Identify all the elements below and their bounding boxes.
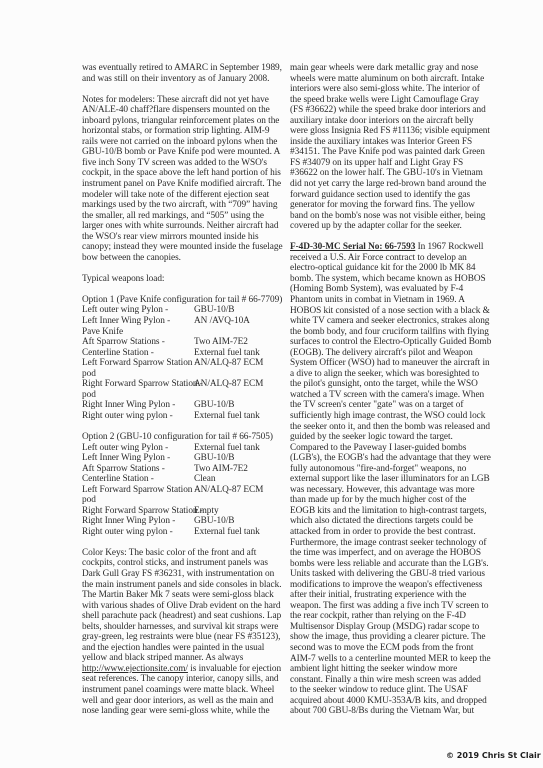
- weapons-load-row: Left Forward Sparrow Station -AN/ALQ-87 …: [82, 358, 266, 369]
- weapons-heading: Typical weapons load:: [82, 274, 266, 285]
- station-label: Left Inner Wing Pylon -: [82, 316, 194, 327]
- text-line: forward guidance section used to identif…: [290, 190, 472, 201]
- text-line: received a U.S. Air Force contract to de…: [290, 253, 472, 264]
- copyright-watermark: © 2019 Chris St Clair: [446, 751, 541, 760]
- right-column: main gear wheels were dark metallic gray…: [290, 63, 472, 717]
- text-line: bow between the canopies.: [82, 253, 266, 264]
- load-value: GBU-10/B: [194, 400, 234, 411]
- text-line: constant. Finally a thin wire mesh scree…: [290, 675, 472, 686]
- text-line: inboard pylons, triangular reinforcement…: [82, 116, 266, 127]
- text-line: AIM-7 wells to a centerline mounted MER …: [290, 654, 472, 665]
- text-line: second was to move the ECM pods from the…: [290, 643, 472, 654]
- serial-heading-trailing-text: In 1967 Rockwell: [415, 242, 483, 252]
- text-line: horizontal stabs, or formation strip lig…: [82, 126, 266, 137]
- serial-heading: F-4D-30-MC Serial No: 66-7593: [290, 242, 415, 252]
- text-line: to the seeker window to reduce glint. Th…: [290, 685, 472, 696]
- weapons-load-row: Left Forward Sparrow Station -AN/ALQ-87 …: [82, 485, 266, 496]
- text-line: which also dictated the directions targe…: [290, 516, 472, 527]
- load-value: Empty: [194, 506, 219, 517]
- text-line: GBU-10/B bomb or Pave Knife pod were mou…: [82, 147, 266, 158]
- station-label: Aft Sparrow Stations -: [82, 464, 194, 475]
- text-line: instrument panel on Pave Knife modified …: [82, 179, 266, 190]
- weapons-load-row: Right outer wing pylon -External fuel ta…: [82, 527, 266, 538]
- text-line: and was still on their inventory as of J…: [82, 74, 266, 85]
- text-line: Units tasked with delivering the GBU-8 t…: [290, 569, 472, 580]
- text-line: auxiliary intake door interiors on the a…: [290, 116, 472, 127]
- text-line: the bomb body, and four cruciform tailfi…: [290, 327, 472, 338]
- text-line: the TV screen's center "gate" was on a t…: [290, 400, 472, 411]
- text-line: well and gear door interiors, as well as…: [82, 696, 266, 707]
- text-line: the smaller, all red markings, and “505”…: [82, 211, 266, 222]
- modeler-notes-paragraph: Notes for modelers: These aircraft did n…: [82, 95, 266, 264]
- station-label: Centerline Station -: [82, 348, 194, 359]
- weapons-load-row: Right Forward Sparrow Station -AN/ALQ-87…: [82, 379, 266, 390]
- text-line: modifications to improve the weapon's ef…: [290, 580, 472, 591]
- text-line: markings used by the two aircraft, with …: [82, 200, 266, 211]
- load-value: External fuel tank: [194, 411, 260, 422]
- station-label: Right outer wing pylon -: [82, 411, 194, 422]
- weapons-load-row: Right outer wing pylon -External fuel ta…: [82, 411, 266, 422]
- link-trailing-text: is invaluable for ejection: [188, 664, 281, 674]
- load-value: AN/ALQ-87 ECM: [194, 485, 263, 496]
- text-line: Color Keys: The basic color of the front…: [82, 548, 266, 559]
- weapons-load-row: Right Inner Wing Pylon -GBU-10/B: [82, 516, 266, 527]
- text-line: watched a TV screen with the camera's im…: [290, 390, 472, 401]
- hobos-section: F-4D-30-MC Serial No: 66-7593 In 1967 Ro…: [290, 242, 472, 717]
- text-line: bomb. The system, which became known as …: [290, 274, 472, 285]
- text-line: were gloss Insignia Red FS #11136; visib…: [290, 126, 472, 137]
- load-value: GBU-10/B: [194, 453, 234, 464]
- text-line: acquired about 4000 KMU-353A/B kits, and…: [290, 696, 472, 707]
- text-line: bombs were less reliable and accurate th…: [290, 559, 472, 570]
- text-line: Furthermore, the image contrast seeker t…: [290, 538, 472, 549]
- text-line: Multisensor Display Group (MSDG) radar s…: [290, 622, 472, 633]
- text-line: the time was imperfect, and on average t…: [290, 548, 472, 559]
- text-line: seat references. The canopy interior, ca…: [82, 674, 266, 685]
- load-value: AN /AVQ-10A: [194, 316, 250, 327]
- station-label: pod: [82, 369, 194, 380]
- load-value: Clean: [194, 474, 215, 485]
- text-line: cockpits, control sticks, and instrument…: [82, 558, 266, 569]
- text-line: belts, shoulder harnesses, and survival …: [82, 622, 266, 633]
- station-label: Left outer wing Pylon -: [82, 305, 194, 316]
- text-line: wheels were matte aluminum on both aircr…: [290, 74, 472, 85]
- load-value: External fuel tank: [194, 348, 260, 359]
- text-line: about 700 GBU-8/Bs during the Vietnam Wa…: [290, 706, 472, 717]
- scanned-document-page: was eventually retired to AMARC in Septe…: [0, 0, 543, 768]
- intro-paragraph: was eventually retired to AMARC in Septe…: [82, 63, 266, 84]
- text-line: ambient light hitting the seeker window …: [290, 664, 472, 675]
- text-line: Notes for modelers: These aircraft did n…: [82, 95, 266, 106]
- color-keys-continued-paragraph: main gear wheels were dark metallic gray…: [290, 63, 472, 232]
- text-line: shell parachute pack (headrest) and seat…: [82, 611, 266, 622]
- text-line: nose landing gear were semi-gloss white,…: [82, 706, 266, 717]
- station-label: Right Inner Wing Pylon -: [82, 516, 194, 527]
- text-line: guided by the seeker logic toward the ta…: [290, 432, 472, 443]
- text-line: #36622 on the lower half. The GBU-10's i…: [290, 168, 472, 179]
- text-line: generator for moving the forward fins. T…: [290, 200, 472, 211]
- text-line: covered up by the adapter collar for the…: [290, 221, 472, 232]
- load-value: AN/ALQ-87 ECM: [194, 379, 263, 390]
- station-label: Left Forward Sparrow Station -: [82, 358, 194, 369]
- text-line: than made up for by the much higher cost…: [290, 495, 472, 506]
- text-line: was eventually retired to AMARC in Septe…: [82, 63, 266, 74]
- station-label: Right Forward Sparrow Station -: [82, 379, 194, 390]
- text-line: (EOGB). The delivery aircraft's pilot an…: [290, 348, 472, 359]
- station-label: Aft Sparrow Stations -: [82, 337, 194, 348]
- text-line: System Officer (WSO) had to maneuver the…: [290, 358, 472, 369]
- text-line: after their initial, frustrating experie…: [290, 590, 472, 601]
- text-line: the WSO's rear view mirrors mounted insi…: [82, 232, 266, 243]
- weapons-load-row: pod: [82, 390, 266, 401]
- load-value: External fuel tank: [194, 527, 260, 538]
- load-value: External fuel tank: [194, 443, 260, 454]
- text-line: FS #34079 on its upper half and Light Gr…: [290, 158, 472, 169]
- weapons-load-row: Aft Sparrow Stations -Two AIM-7E2: [82, 464, 266, 475]
- text-line: inside the auxiliary intakes was Interio…: [290, 137, 472, 148]
- station-label: Centerline Station -: [82, 474, 194, 485]
- option2-title: Option 2 (GBU-10 configuration for tail …: [82, 432, 266, 443]
- text-line: #34151. The Pave Knife pod was painted d…: [290, 147, 472, 158]
- station-label: Left Inner Wing Pylon -: [82, 453, 194, 464]
- text-line: (FS #36622) while the speed brake door i…: [290, 105, 472, 116]
- weapons-load-row: Aft Sparrow Stations -Two AIM-7E2: [82, 337, 266, 348]
- text-line: The Martin Baker Mk 7 seats were semi-gl…: [82, 590, 266, 601]
- text-line: with various shades of Olive Drab eviden…: [82, 601, 266, 612]
- weapons-load-row: Pave Knife: [82, 327, 266, 338]
- option2-table: Left outer wing Pylon -External fuel tan…: [82, 443, 266, 538]
- station-label: Left Forward Sparrow Station -: [82, 485, 194, 496]
- station-label: pod: [82, 390, 194, 401]
- text-line: the main instrument panels and side cons…: [82, 580, 266, 591]
- station-label: Right outer wing pylon -: [82, 527, 194, 538]
- station-label: Right Inner Wing Pylon -: [82, 400, 194, 411]
- text-line: the seeker onto it, and then the bomb wa…: [290, 422, 472, 433]
- text-line: electro-optical guidance kit for the 200…: [290, 263, 472, 274]
- text-line: (Homing Bomb System), was evaluated by F…: [290, 284, 472, 295]
- station-label: Pave Knife: [82, 327, 194, 338]
- text-line: did not yet carry the large red-brown ba…: [290, 179, 472, 190]
- text-line: weapon. The first was adding a five inch…: [290, 601, 472, 612]
- text-line: the rear cockpit, rather than relying on…: [290, 611, 472, 622]
- text-line: sufficiently high image contrast, the WS…: [290, 411, 472, 422]
- weapons-load-row: pod: [82, 369, 266, 380]
- weapons-load-row: Centerline Station -External fuel tank: [82, 348, 266, 359]
- text-line: gray-green, leg restraints were blue (ne…: [82, 632, 266, 643]
- left-column: was eventually retired to AMARC in Septe…: [82, 63, 266, 717]
- load-value: GBU-10/B: [194, 516, 234, 527]
- text-line: was necessary. However, this advantage w…: [290, 485, 472, 496]
- text-line: rails were not carried on the inboard py…: [82, 137, 266, 148]
- weapons-load-row: Centerline Station -Clean: [82, 474, 266, 485]
- load-value: AN/ALQ-87 ECM: [194, 358, 263, 369]
- text-line: HOBOS kit consisted of a nose section wi…: [290, 306, 472, 317]
- ejectionsite-link[interactable]: http://www.ejectionsite.com/: [82, 664, 188, 674]
- text-line: the pilot's gunsight, onto the target, w…: [290, 379, 472, 390]
- weapons-load-row: Right Inner Wing Pylon -GBU-10/B: [82, 400, 266, 411]
- weapons-load-row: pod: [82, 495, 266, 506]
- text-line: a dive to align the seeker, which was bo…: [290, 369, 472, 380]
- text-line: Phantom units in combat in Vietnam in 19…: [290, 295, 472, 306]
- text-line: Dark Gull Gray FS #36231, with instrumen…: [82, 569, 266, 580]
- load-value: Two AIM-7E2: [194, 337, 248, 348]
- text-line: EOGB kits and the limitation to high-con…: [290, 506, 472, 517]
- text-line: external support like the laser illumina…: [290, 474, 472, 485]
- station-label: Right Forward Sparrow Station -: [82, 506, 194, 517]
- text-line: the speed brake wells were Light Camoufl…: [290, 95, 472, 106]
- load-value: Two AIM-7E2: [194, 464, 248, 475]
- load-value: GBU-10/B: [194, 305, 234, 316]
- weapons-load-row: Left outer wing Pylon -External fuel tan…: [82, 443, 266, 454]
- weapons-load-row: Left Inner Wing Pylon -GBU-10/B: [82, 453, 266, 464]
- station-label: Left outer wing Pylon -: [82, 443, 194, 454]
- text-line: interiors were also semi-gloss white. Th…: [290, 84, 472, 95]
- text-line: attacked from in order to provide the be…: [290, 527, 472, 538]
- text-line: surfaces to control the Electro-Opticall…: [290, 337, 472, 348]
- text-line: fully autonomous "fire-and-forget" weapo…: [290, 464, 472, 475]
- text-line: white TV camera and seeker electronics, …: [290, 316, 472, 327]
- text-line: cockpit, in the space above the left han…: [82, 168, 266, 179]
- text-line: five inch Sony TV screen was added to th…: [82, 158, 266, 169]
- text-line: yellow and black striped manner. As alwa…: [82, 653, 266, 664]
- text-line: canopy; instead they were mounted inside…: [82, 242, 266, 253]
- weapons-load-row: Right Forward Sparrow Station -Empty: [82, 506, 266, 517]
- color-keys-paragraph: Color Keys: The basic color of the front…: [82, 548, 266, 717]
- text-line: main gear wheels were dark metallic gray…: [290, 63, 472, 74]
- option1-table: Left outer wing Pylon -GBU-10/BLeft Inne…: [82, 305, 266, 421]
- text-line: instrument panel coamings were matte bla…: [82, 685, 266, 696]
- text-line: (LGB's), the EOGB's had the advantage th…: [290, 453, 472, 464]
- weapons-load-row: Left Inner Wing Pylon -AN /AVQ-10A: [82, 316, 266, 327]
- weapons-load-row: Left outer wing Pylon -GBU-10/B: [82, 305, 266, 316]
- text-line: and the ejection handles were painted in…: [82, 643, 266, 654]
- text-line: AN/ALE-40 chaff?flare dispensers mounted…: [82, 105, 266, 116]
- text-line: Compared to the Paveway I laser-guided b…: [290, 443, 472, 454]
- option1-title: Option 1 (Pave Knife configuration for t…: [82, 295, 266, 306]
- station-label: pod: [82, 495, 194, 506]
- text-line: band on the bomb's nose was not visible …: [290, 211, 472, 222]
- text-line: show the image, thus providing a clearer…: [290, 632, 472, 643]
- text-line: larger ones with white surrounds. Neithe…: [82, 221, 266, 232]
- text-line: modeler will take note of the different …: [82, 190, 266, 201]
